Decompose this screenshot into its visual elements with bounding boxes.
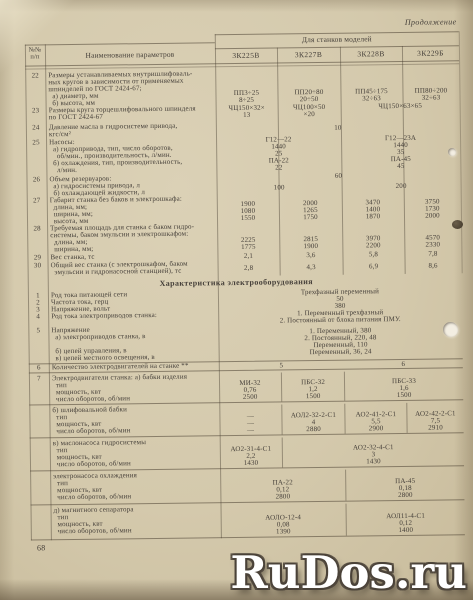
label-line: число оборотов, об/мин bbox=[53, 426, 220, 435]
continuation-label: Продолжение bbox=[405, 18, 457, 26]
row-number: 30 bbox=[28, 262, 48, 278]
value-cell: АОЛ2-32-2-С142880 bbox=[281, 404, 344, 435]
label-line: число оборотов, об/мин bbox=[53, 459, 220, 468]
value-cell: 6,9 bbox=[343, 258, 405, 275]
scanned-page: Продолжение №№ п/п Наименование параметр… bbox=[0, 0, 473, 600]
value-cell: 22251775 bbox=[217, 222, 279, 252]
value-line: 1430 bbox=[283, 457, 464, 466]
value-cell: 200012651750 bbox=[279, 194, 342, 223]
value-cell: 6 bbox=[344, 359, 463, 368]
value-line: 2880 bbox=[283, 426, 345, 434]
row-values: ПП3÷258÷25ПП20÷8020÷50ПП45÷17532÷63ПП80÷… bbox=[215, 67, 459, 105]
value-line: 1900 bbox=[279, 243, 342, 251]
row-label: Напряжение а) электроприводов станка, в … bbox=[48, 325, 218, 363]
label-line: по ГОСТ 2424-67 bbox=[49, 112, 216, 121]
value-line: 2,8 bbox=[218, 264, 280, 272]
row-values: ПА-220,122800ПА-450,182800 bbox=[220, 468, 464, 502]
row-values: Г12—22144025ПА-2222Г12—23А144035ПА-4545 bbox=[216, 134, 460, 172]
row-number: 7 bbox=[29, 375, 49, 404]
punch-hole bbox=[448, 148, 456, 156]
page-number: 68 bbox=[37, 544, 45, 551]
value-line: 1500 bbox=[345, 391, 463, 399]
row-number bbox=[30, 440, 50, 470]
row-values: МИ-320,762500ПБС-321,21500ПБС-331,61500 bbox=[219, 370, 463, 402]
value-line: 6 bbox=[344, 360, 463, 368]
value-line: 2200 bbox=[342, 242, 404, 250]
value-line: 1400 bbox=[347, 526, 465, 534]
value-cell: АО2-31-4-С12,21430 bbox=[220, 437, 282, 468]
value-cell: 2,8 bbox=[218, 259, 280, 276]
column-group-header: Для станков моделей bbox=[215, 34, 459, 44]
row-label: д) магнитного сепаратора тип мощность, к… bbox=[51, 505, 221, 539]
punch-hole bbox=[443, 322, 458, 337]
column-header-num: №№ п/п bbox=[25, 46, 45, 60]
row-label: Общий вес станка (с электрошкафом, баком… bbox=[48, 260, 218, 278]
value-cell: 190010801550 bbox=[217, 194, 279, 223]
value-cell: АО2-41-2-С15,52900 bbox=[344, 403, 406, 434]
value-line: 13 bbox=[216, 111, 278, 119]
value-line: 1750 bbox=[279, 214, 342, 222]
value-cell: ЧЦ150×32×13 bbox=[216, 104, 278, 122]
table-row: электронасоса охлаждения тип мощность, к… bbox=[30, 466, 464, 505]
row-values: АОЛО-12-40,081390АОЛ11-4-С10,121400 bbox=[221, 502, 465, 537]
row-values: АО2-31-4-С12,21430АО2-32-4-С131430 bbox=[220, 435, 464, 468]
value-line: 10 bbox=[216, 123, 460, 133]
value-cell: 8,6 bbox=[404, 257, 461, 274]
value-line: 60 bbox=[216, 171, 460, 181]
model-header: 3К228В bbox=[340, 50, 402, 58]
value-line: 1430 bbox=[220, 459, 282, 467]
value-line: 1390 bbox=[221, 528, 346, 537]
row-number: 26 bbox=[26, 176, 46, 197]
label-line: число оборотов, об/мин bbox=[52, 394, 219, 403]
value-cell: 1. Переменный, 3802. Постоянный, 220, 48… bbox=[218, 322, 462, 361]
label-line: Род тока электроприводов станка: bbox=[51, 311, 218, 320]
value-line: 2,1 bbox=[217, 252, 279, 260]
value-line: 2000 bbox=[404, 212, 461, 220]
punch-hole bbox=[452, 220, 463, 229]
value-cell: ЧЦ100×50×20 bbox=[278, 104, 341, 122]
value-cell: 28151900 bbox=[279, 222, 342, 252]
row-label: Требуемая площадь для станка с баком гид… bbox=[47, 223, 217, 254]
value-line: 2330 bbox=[404, 241, 461, 249]
value-cell: ПП20÷8020÷50 bbox=[277, 69, 340, 105]
row-label: б) шлифовальной бабки тип мощность, квт … bbox=[49, 405, 219, 437]
value-cell: 375017302000 bbox=[404, 192, 461, 221]
row-number bbox=[30, 473, 50, 504]
model-header: 3К225В bbox=[215, 51, 277, 59]
value-line: 3,6 bbox=[279, 251, 342, 259]
value-line: 2910 bbox=[408, 424, 464, 432]
electro-table: 1Род тока питающей сетиТрехфазный переме… bbox=[28, 287, 465, 540]
row-values: 2,84,36,98,6 bbox=[218, 257, 462, 276]
row-label: Размеры устанавливаемых внутришлифоваль-… bbox=[45, 70, 215, 107]
row-number bbox=[31, 507, 51, 539]
column-header-name: Наименование параметров bbox=[45, 50, 215, 59]
row-values: ———АОЛ2-32-2-С142880АО2-41-2-С15,52900АО… bbox=[219, 402, 463, 435]
value-cell: Г12—23А144035ПА-4545 bbox=[341, 134, 460, 170]
row-number: 6 bbox=[29, 364, 49, 372]
table-row: 25Насосы: а) гидропривода, тип, число об… bbox=[26, 134, 460, 174]
value-line: 100 bbox=[217, 183, 342, 192]
page-content: Продолжение №№ п/п Наименование параметр… bbox=[0, 0, 473, 600]
table-row: б) шлифовальной бабки тип мощность, квт … bbox=[29, 400, 463, 438]
row-values: 1900108015502000126517503470140018703750… bbox=[217, 192, 461, 223]
num-header-line: п/п bbox=[25, 53, 45, 60]
value-cell: ЧЦ150×63×65 bbox=[341, 102, 460, 120]
row-values: 1. Переменный, 3802. Постоянный, 220, 48… bbox=[218, 322, 462, 361]
value-cell: АО2-42-2-С17,52910 bbox=[406, 402, 463, 433]
value-cell: Г12—22144025ПА-2222 bbox=[216, 136, 341, 173]
value-cell: МИ-320,762500 bbox=[219, 372, 281, 402]
label-line: число оборотов, об/мин bbox=[53, 492, 220, 501]
value-line: 5 bbox=[219, 361, 344, 370]
value-cell: 4,3 bbox=[280, 259, 343, 276]
value-cell: ПП45÷17532÷63 bbox=[340, 68, 402, 104]
value-cell: АОЛ11-4-С10,121400 bbox=[345, 502, 464, 535]
value-line: 200 bbox=[342, 182, 461, 190]
row-number: 5 bbox=[28, 327, 48, 363]
value-line: 32÷63 bbox=[403, 94, 460, 102]
value-cell: ——— bbox=[219, 404, 281, 435]
value-line: 4,3 bbox=[280, 263, 343, 271]
row-label: в) маслонасоса гидросистемы тип мощность… bbox=[50, 438, 220, 470]
row-label: Габарит станка без баков и электрошкафа:… bbox=[47, 195, 217, 225]
label-line: число оборотов, об/мин bbox=[54, 526, 221, 535]
value-line: 7,8 bbox=[404, 250, 461, 258]
table-row: в) маслонасоса гидросистемы тип мощность… bbox=[30, 433, 464, 471]
value-line: 8,6 bbox=[405, 262, 462, 270]
value-line: 1500 bbox=[282, 393, 344, 401]
label-line: Количество электродвигателей на станке *… bbox=[52, 362, 219, 371]
table-row: 5Напряжение а) электроприводов станка, в… bbox=[28, 322, 462, 363]
row-label: электронасоса охлаждения тип мощность, к… bbox=[50, 471, 220, 504]
row-number: 4 bbox=[28, 313, 48, 327]
model-header: 3К229Б bbox=[402, 49, 459, 57]
value-cell: ПБС-331,61500 bbox=[344, 370, 463, 400]
model-header: 3К227В bbox=[277, 51, 340, 59]
value-line: 5,8 bbox=[342, 250, 404, 258]
row-number: 24 bbox=[26, 124, 46, 139]
row-label: Насосы: а) гидропривода, тип, число обор… bbox=[46, 137, 216, 174]
table-row: д) магнитного сепаратора тип мощность, к… bbox=[30, 500, 464, 540]
table-row: 30Общий вес станка (с электрошкафом, бак… bbox=[28, 257, 462, 278]
row-values: 22251775281519003970220045702330 bbox=[217, 220, 461, 252]
value-line: ×20 bbox=[278, 111, 341, 119]
main-table: 22Размеры устанавливаемых внутришлифовал… bbox=[25, 65, 462, 278]
value-line: 6,9 bbox=[343, 262, 405, 270]
value-cell: 347014001870 bbox=[342, 193, 404, 222]
value-cell: ПБС-321,21500 bbox=[281, 372, 344, 402]
value-cell: АО2-32-4-С131430 bbox=[282, 435, 464, 467]
value-cell: ПП80÷20032÷63 bbox=[402, 67, 459, 103]
row-number: 22 bbox=[25, 72, 45, 107]
value-cell: 5 bbox=[219, 361, 344, 371]
row-values: 60100200 bbox=[216, 171, 460, 195]
value-line: 2800 bbox=[346, 491, 464, 499]
value-line: 1775 bbox=[217, 243, 279, 251]
value-cell: 39702200 bbox=[342, 221, 404, 251]
row-number bbox=[29, 407, 49, 437]
row-number: 25 bbox=[26, 139, 46, 174]
value-line: 2500 bbox=[219, 393, 281, 401]
value-cell: ПА-450,182800 bbox=[345, 468, 464, 500]
label-line: эмульсии и гидронасосной станцией), тс bbox=[51, 267, 218, 276]
value-line: 1550 bbox=[217, 214, 279, 222]
row-label: Электродвигатели станка: а) бабки издели… bbox=[49, 373, 219, 404]
row-number: 27 bbox=[27, 197, 47, 225]
row-label: Объем резервуаров: а) гидросистемы приво… bbox=[46, 174, 216, 197]
value-line: 2900 bbox=[346, 425, 407, 433]
value-cell: ПА-220,122800 bbox=[220, 470, 345, 503]
table-line bbox=[25, 42, 215, 45]
value-cell: АОЛО-12-40,081390 bbox=[221, 504, 346, 538]
watermark: RuDos.ru bbox=[230, 550, 467, 595]
row-number: 23 bbox=[26, 107, 46, 124]
table-row: 7Электродвигатели станка: а) бабки издел… bbox=[29, 368, 463, 405]
row-number: 28 bbox=[27, 225, 47, 254]
value-line: 2800 bbox=[220, 493, 345, 502]
value-line: ЧЦ150×63×65 bbox=[341, 102, 460, 110]
value-cell: ПП3÷258÷25 bbox=[215, 69, 277, 105]
value-line: 1870 bbox=[342, 213, 404, 221]
value-line: — bbox=[220, 426, 282, 434]
